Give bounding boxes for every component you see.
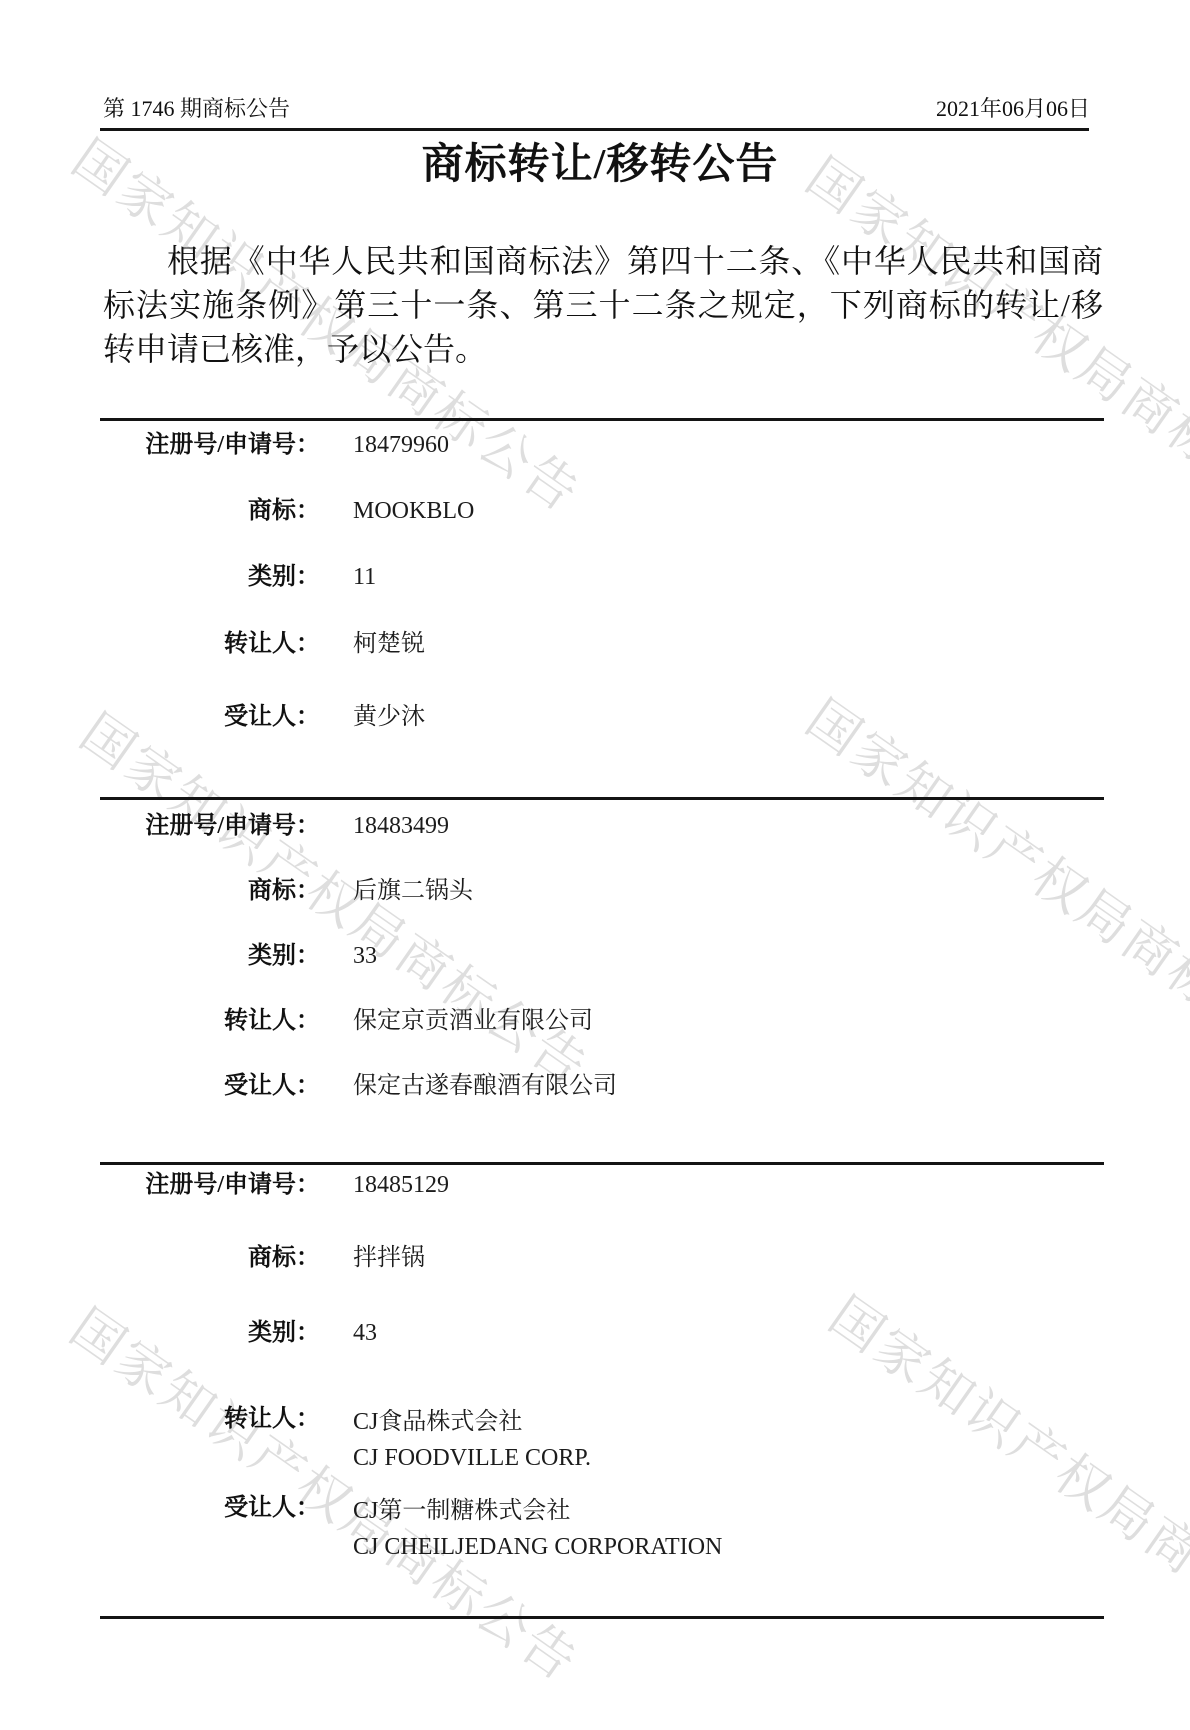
field-row-assignor: 转让人： CJ食品株式会社 CJ FOODVILLE CORP. — [0, 1404, 1190, 1476]
field-row-assignee: 受让人： CJ第一制糖株式会社 CJ CHEILJEDANG CORPORATI… — [0, 1493, 1190, 1565]
field-label: 受让人： — [97, 1071, 320, 1101]
record-divider — [100, 1616, 1104, 1619]
record-divider — [100, 1162, 1104, 1165]
field-value: 11 — [353, 562, 1130, 592]
field-label: 类别： — [97, 1318, 320, 1348]
field-label: 注册号/申请号： — [97, 811, 320, 841]
field-label: 商标： — [97, 496, 320, 526]
field-row-category: 类别： 11 — [0, 562, 1190, 594]
gazette-date: 2021年06月06日 — [936, 92, 1090, 123]
record-divider — [100, 418, 1104, 421]
field-value-line: CJ第一制糖株式会社 — [353, 1493, 1130, 1529]
field-value: 18485129 — [353, 1170, 1130, 1200]
field-row-assignee: 受让人： 黄少沐 — [0, 702, 1190, 734]
field-value: 43 — [353, 1318, 1130, 1348]
intro-paragraph: 根据《中华人民共和国商标法》第四十二条、《中华人民共和国商标法实施条例》第三十一… — [103, 239, 1103, 371]
field-row-assignor: 转让人： 保定京贡酒业有限公司 — [0, 1006, 1190, 1038]
field-label: 受让人： — [97, 702, 320, 732]
field-row-reg-no: 注册号/申请号： 18483499 — [0, 811, 1190, 843]
field-label: 商标： — [97, 876, 320, 906]
field-label: 转让人： — [97, 1404, 320, 1434]
field-label: 注册号/申请号： — [97, 1170, 320, 1200]
field-value: 保定古遂春酿酒有限公司 — [353, 1071, 1130, 1101]
field-value: 33 — [353, 941, 1130, 971]
field-row-reg-no: 注册号/申请号： 18485129 — [0, 1170, 1190, 1202]
field-value: MOOKBLO — [353, 496, 1130, 526]
field-label: 注册号/申请号： — [97, 430, 320, 460]
gazette-page: 国家知识产权局商标公告 国家知识产权局商标公告 国家知识产权局商标公告 国家知识… — [0, 0, 1190, 1730]
field-row-category: 类别： 33 — [0, 941, 1190, 973]
field-row-assignor: 转让人： 柯楚锐 — [0, 629, 1190, 661]
field-value: 黄少沐 — [353, 702, 1130, 732]
field-value: 保定京贡酒业有限公司 — [353, 1006, 1130, 1036]
field-value: 拌拌锅 — [353, 1243, 1130, 1273]
field-row-trademark: 商标： 拌拌锅 — [0, 1243, 1190, 1275]
field-label: 转让人： — [97, 629, 320, 659]
field-value-line: CJ食品株式会社 — [353, 1404, 1130, 1440]
field-value: CJ食品株式会社 CJ FOODVILLE CORP. — [353, 1404, 1130, 1476]
field-row-trademark: 商标： 后旗二锅头 — [0, 876, 1190, 908]
field-row-assignee: 受让人： 保定古遂春酿酒有限公司 — [0, 1071, 1190, 1103]
field-label: 转让人： — [97, 1006, 320, 1036]
field-label: 类别： — [97, 941, 320, 971]
field-label: 类别： — [97, 562, 320, 592]
field-label: 受让人： — [97, 1493, 320, 1523]
field-value: 18479960 — [353, 430, 1130, 460]
field-value: 柯楚锐 — [353, 629, 1130, 659]
field-value-line: CJ FOODVILLE CORP. — [353, 1440, 1130, 1476]
field-value: 后旗二锅头 — [353, 876, 1130, 906]
page-title: 商标转让/移转公告 — [100, 131, 1100, 191]
field-row-reg-no: 注册号/申请号： 18479960 — [0, 430, 1190, 462]
field-label: 商标： — [97, 1243, 320, 1273]
gazette-issue: 第 1746 期商标公告 — [103, 92, 290, 123]
record-divider — [100, 797, 1104, 800]
field-value: CJ第一制糖株式会社 CJ CHEILJEDANG CORPORATION — [353, 1493, 1130, 1565]
field-row-trademark: 商标： MOOKBLO — [0, 496, 1190, 528]
field-value: 18483499 — [353, 811, 1130, 841]
field-row-category: 类别： 43 — [0, 1318, 1190, 1350]
field-value-line: CJ CHEILJEDANG CORPORATION — [353, 1529, 1130, 1565]
